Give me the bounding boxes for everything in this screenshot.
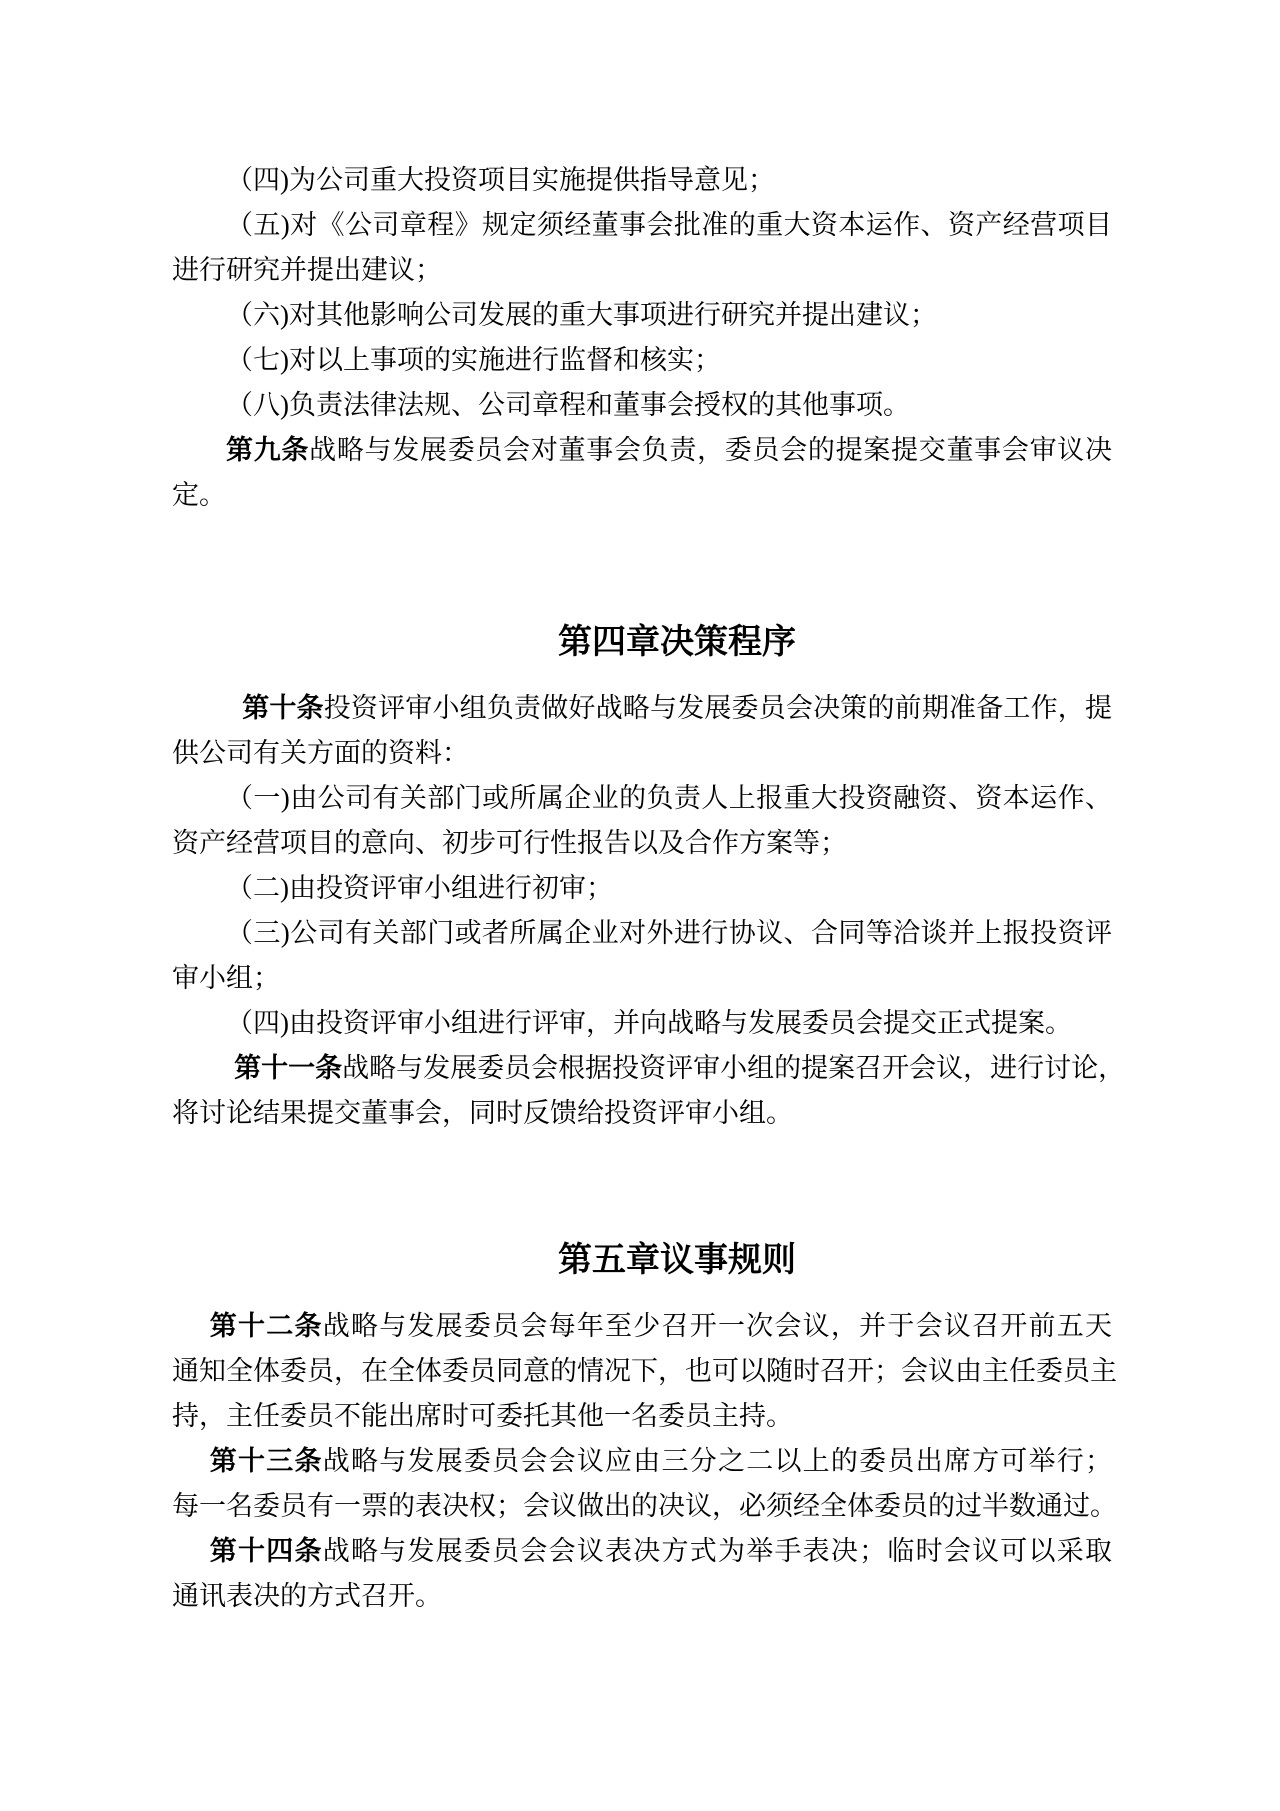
line-text: 战略与发展委员会每年至少召开一次会议，并于会议召开前五天 — [323, 1311, 1112, 1341]
line-text: 战略与发展委员会对董事会负责，委员会的提案提交董事会审议决 — [309, 435, 1112, 465]
paragraph: 第十条投资评审小组负责做好战略与发展委员会决策的前期准备工作，提供公司有关方面的… — [172, 686, 1112, 776]
line-text: （四)由投资评审小组进行评审，并向战略与发展委员会提交正式提案。 — [226, 1008, 1072, 1038]
line-text: 持，主任委员不能出席时可委托其他一名委员主持。 — [172, 1401, 793, 1431]
paragraph-line: 每一名委员有一票的表决权；会议做出的决议，必须经全体委员的过半数通过。 — [172, 1484, 1112, 1529]
paragraph: 第十三条战略与发展委员会会议应由三分之二以上的委员出席方可举行；每一名委员有一票… — [172, 1439, 1112, 1529]
line-text: （七)对以上事项的实施进行监督和核实； — [226, 345, 721, 375]
chapter-heading: 第五章议事规则 — [172, 1236, 1112, 1286]
paragraph: （三)公司有关部门或者所属企业对外进行协议、合同等洽谈并上报投资评审小组； — [172, 911, 1112, 1001]
line-text: 审小组； — [172, 963, 280, 993]
paragraph: 第十一条战略与发展委员会根据投资评审小组的提案召开会议，进行讨论，将讨论结果提交… — [172, 1046, 1112, 1136]
paragraph-line: （六)对其他影响公司发展的重大事项进行研究并提出建议； — [172, 293, 1112, 338]
paragraph-line: 第十三条战略与发展委员会会议应由三分之二以上的委员出席方可举行； — [172, 1439, 1112, 1484]
paragraph-line: 审小组； — [172, 956, 1112, 1001]
paragraph: 第十四条战略与发展委员会会议表决方式为举手表决；临时会议可以采取通讯表决的方式召… — [172, 1529, 1112, 1619]
line-text: （六)对其他影响公司发展的重大事项进行研究并提出建议； — [226, 300, 937, 330]
paragraph: （四)由投资评审小组进行评审，并向战略与发展委员会提交正式提案。 — [172, 1001, 1112, 1046]
line-text: （一)由公司有关部门或所属企业的负责人上报重大投资融资、资本运作、 — [226, 783, 1112, 813]
chapter-heading: 第四章决策程序 — [172, 618, 1112, 668]
paragraph-line: （四)由投资评审小组进行评审，并向战略与发展委员会提交正式提案。 — [172, 1001, 1112, 1046]
line-text: 将讨论结果提交董事会，同时反馈给投资评审小组。 — [172, 1098, 793, 1128]
paragraph: （六)对其他影响公司发展的重大事项进行研究并提出建议； — [172, 293, 1112, 338]
paragraph-line: 通知全体委员，在全体委员同意的情况下，也可以随时召开；会议由主任委员主 — [172, 1349, 1112, 1394]
article-number: 第十一条 — [234, 1053, 342, 1083]
paragraph-line: （三)公司有关部门或者所属企业对外进行协议、合同等洽谈并上报投资评 — [172, 911, 1112, 956]
line-text: 战略与发展委员会根据投资评审小组的提案召开会议，进行讨论， — [342, 1053, 1125, 1083]
article-number: 第九条 — [226, 435, 309, 465]
paragraph-line: 供公司有关方面的资料： — [172, 731, 1112, 776]
article-number: 第十二条 — [210, 1311, 323, 1341]
paragraph-line: 将讨论结果提交董事会，同时反馈给投资评审小组。 — [172, 1091, 1112, 1136]
paragraph-line: 定。 — [172, 473, 1112, 518]
paragraph: （七)对以上事项的实施进行监督和核实； — [172, 338, 1112, 383]
article-number: 第十三条 — [210, 1446, 323, 1476]
line-text: 进行研究并提出建议； — [172, 255, 442, 285]
line-text: 通讯表决的方式召开。 — [172, 1581, 442, 1611]
paragraph-line: （一)由公司有关部门或所属企业的负责人上报重大投资融资、资本运作、 — [172, 776, 1112, 821]
article-number: 第十四条 — [210, 1536, 323, 1566]
line-text: 供公司有关方面的资料： — [172, 738, 469, 768]
line-text: 每一名委员有一票的表决权；会议做出的决议，必须经全体委员的过半数通过。 — [172, 1491, 1117, 1521]
paragraph-line: 第十条投资评审小组负责做好战略与发展委员会决策的前期准备工作，提 — [172, 686, 1112, 731]
paragraph-line: 第十四条战略与发展委员会会议表决方式为举手表决；临时会议可以采取 — [172, 1529, 1112, 1574]
paragraph-line: 第九条战略与发展委员会对董事会负责，委员会的提案提交董事会审议决 — [172, 428, 1112, 473]
paragraph-line: 通讯表决的方式召开。 — [172, 1574, 1112, 1619]
paragraph: 第十二条战略与发展委员会每年至少召开一次会议，并于会议召开前五天通知全体委员，在… — [172, 1304, 1112, 1439]
line-text: 战略与发展委员会会议表决方式为举手表决；临时会议可以采取 — [323, 1536, 1112, 1566]
paragraph-line: 持，主任委员不能出席时可委托其他一名委员主持。 — [172, 1394, 1112, 1439]
article-number: 第十条 — [242, 693, 324, 723]
line-text: 战略与发展委员会会议应由三分之二以上的委员出席方可举行； — [323, 1446, 1112, 1476]
paragraph: （八)负责法律法规、公司章程和董事会授权的其他事项。 — [172, 383, 1112, 428]
paragraph-line: 第十一条战略与发展委员会根据投资评审小组的提案召开会议，进行讨论， — [172, 1046, 1112, 1091]
line-text: 定。 — [172, 480, 226, 510]
paragraph-line: （四)为公司重大投资项目实施提供指导意见； — [172, 158, 1112, 203]
line-text: （八)负责法律法规、公司章程和董事会授权的其他事项。 — [226, 390, 910, 420]
paragraph: （一)由公司有关部门或所属企业的负责人上报重大投资融资、资本运作、资产经营项目的… — [172, 776, 1112, 866]
paragraph: 第九条战略与发展委员会对董事会负责，委员会的提案提交董事会审议决定。 — [172, 428, 1112, 518]
paragraph-line: （二)由投资评审小组进行初审； — [172, 866, 1112, 911]
line-text: 投资评审小组负责做好战略与发展委员会决策的前期准备工作，提 — [324, 693, 1112, 723]
line-text: （二)由投资评审小组进行初审； — [226, 873, 613, 903]
paragraph-line: （七)对以上事项的实施进行监督和核实； — [172, 338, 1112, 383]
paragraph: （四)为公司重大投资项目实施提供指导意见； — [172, 158, 1112, 203]
paragraph-line: 第十二条战略与发展委员会每年至少召开一次会议，并于会议召开前五天 — [172, 1304, 1112, 1349]
paragraph-line: 资产经营项目的意向、初步可行性报告以及合作方案等； — [172, 821, 1112, 866]
paragraph: （五)对《公司章程》规定须经董事会批准的重大资本运作、资产经营项目进行研究并提出… — [172, 203, 1112, 293]
line-text: 通知全体委员，在全体委员同意的情况下，也可以随时召开；会议由主任委员主 — [172, 1356, 1117, 1386]
line-text: （四)为公司重大投资项目实施提供指导意见； — [226, 165, 775, 195]
paragraph-line: 进行研究并提出建议； — [172, 248, 1112, 293]
paragraph-line: （八)负责法律法规、公司章程和董事会授权的其他事项。 — [172, 383, 1112, 428]
line-text: 资产经营项目的意向、初步可行性报告以及合作方案等； — [172, 828, 847, 858]
line-text: （五)对《公司章程》规定须经董事会批准的重大资本运作、资产经营项目 — [226, 210, 1112, 240]
paragraph-line: （五)对《公司章程》规定须经董事会批准的重大资本运作、资产经营项目 — [172, 203, 1112, 248]
line-text: （三)公司有关部门或者所属企业对外进行协议、合同等洽谈并上报投资评 — [226, 918, 1112, 948]
document-page: （四)为公司重大投资项目实施提供指导意见；（五)对《公司章程》规定须经董事会批准… — [0, 0, 1280, 1811]
paragraph: （二)由投资评审小组进行初审； — [172, 866, 1112, 911]
